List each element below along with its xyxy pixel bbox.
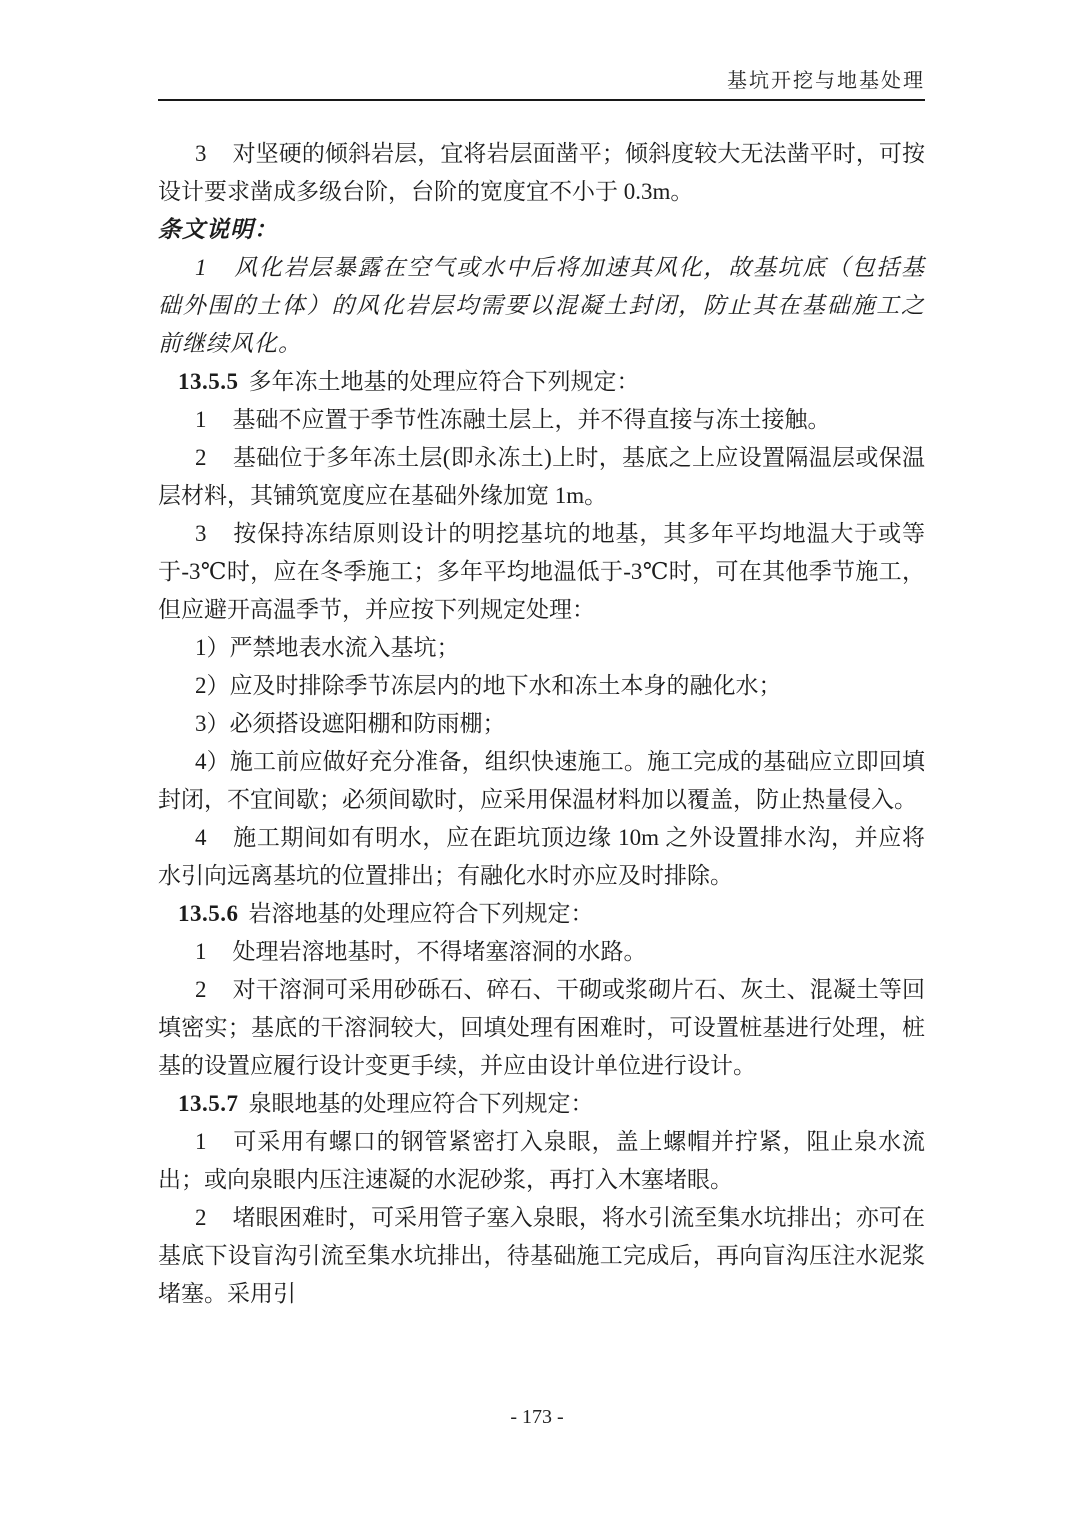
item-number: 1 <box>195 1129 207 1154</box>
sub-item-text: 4）施工前应做好充分准备，组织快速施工。施工完成的基础应立即回填封闭，不宜间歇；… <box>158 749 925 812</box>
section-title: 岩溶地基的处理应符合下列规定： <box>249 901 594 926</box>
item-text: 对坚硬的倾斜岩层，宜将岩层面凿平；倾斜度较大无法凿平时，可按设计要求凿成多级台阶… <box>158 141 925 204</box>
section-title: 多年冻土地基的处理应符合下列规定： <box>249 369 640 394</box>
item-number: 1 <box>195 255 208 280</box>
item-number: 2 <box>195 1205 207 1230</box>
section-number: 13.5.6 <box>178 901 239 926</box>
sub-item: 1）严禁地表水流入基坑； <box>158 629 925 667</box>
item-text: 处理岩溶地基时，不得堵塞溶洞的水路。 <box>233 939 647 964</box>
item-number: 2 <box>195 977 207 1002</box>
item-number: 2 <box>195 445 207 470</box>
item-text: 堵眼困难时，可采用管子塞入泉眼，将水引流至集水坑排出；亦可在基底下设盲沟引流至集… <box>158 1205 925 1306</box>
item-number: 3 <box>195 141 207 166</box>
item-number: 1 <box>195 939 207 964</box>
item-text: 基础不应置于季节性冻融土层上，并不得直接与冻土接触。 <box>233 407 831 432</box>
section-heading-13-5-6: 13.5.6岩溶地基的处理应符合下列规定： <box>158 895 925 933</box>
item-text: 按保持冻结原则设计的明挖基坑的地基，其多年平均地温大于或等于-3℃时，应在冬季施… <box>158 521 925 622</box>
section-number: 13.5.7 <box>178 1091 239 1116</box>
sub-item-text: 3）必须搭设遮阳棚和防雨棚； <box>195 711 506 736</box>
sub-item-text: 1）严禁地表水流入基坑； <box>195 635 460 660</box>
item-text: 可采用有螺口的钢管紧密打入泉眼，盖上螺帽并拧紧，阻止泉水流出；或向泉眼内压注速凝… <box>158 1129 925 1192</box>
page-footer: - 173 - <box>0 1404 1074 1430</box>
clause-item: 2堵眼困难时，可采用管子塞入泉眼，将水引流至集水坑排出；亦可在基底下设盲沟引流至… <box>158 1199 925 1313</box>
item-number: 1 <box>195 407 207 432</box>
section-heading-13-5-5: 13.5.5多年冻土地基的处理应符合下列规定： <box>158 363 925 401</box>
clause-item: 1可采用有螺口的钢管紧密打入泉眼，盖上螺帽并拧紧，阻止泉水流出；或向泉眼内压注速… <box>158 1123 925 1199</box>
section-number: 13.5.5 <box>178 369 239 394</box>
sub-item: 2）应及时排除季节冻层内的地下水和冻土本身的融化水； <box>158 667 925 705</box>
clause-item: 1处理岩溶地基时，不得堵塞溶洞的水路。 <box>158 933 925 971</box>
clause-item: 3对坚硬的倾斜岩层，宜将岩层面凿平；倾斜度较大无法凿平时，可按设计要求凿成多级台… <box>158 135 925 211</box>
item-number: 4 <box>195 825 207 850</box>
sub-item: 4）施工前应做好充分准备，组织快速施工。施工完成的基础应立即回填封闭，不宜间歇；… <box>158 743 925 819</box>
document-page: 基坑开挖与地基处理 3对坚硬的倾斜岩层，宜将岩层面凿平；倾斜度较大无法凿平时，可… <box>0 0 1074 1520</box>
page-header: 基坑开挖与地基处理 <box>158 0 925 101</box>
item-text: 对干溶洞可采用砂砾石、碎石、干砌或浆砌片石、灰土、混凝土等回填密实；基底的干溶洞… <box>158 977 925 1078</box>
clause-item: 2对干溶洞可采用砂砾石、碎石、干砌或浆砌片石、灰土、混凝土等回填密实；基底的干溶… <box>158 971 925 1085</box>
sub-item-text: 2）应及时排除季节冻层内的地下水和冻土本身的融化水； <box>195 673 782 698</box>
clause-item: 1基础不应置于季节性冻融土层上，并不得直接与冻土接触。 <box>158 401 925 439</box>
item-number: 3 <box>195 521 207 546</box>
commentary-item: 1风化岩层暴露在空气或水中后将加速其风化，故基坑底（包括基础外围的土体）的风化岩… <box>158 249 925 363</box>
section-heading-13-5-7: 13.5.7泉眼地基的处理应符合下列规定： <box>158 1085 925 1123</box>
clause-item: 4施工期间如有明水，应在距坑顶边缘 10m 之外设置排水沟，并应将水引向远离基坑… <box>158 819 925 895</box>
document-body: 3对坚硬的倾斜岩层，宜将岩层面凿平；倾斜度较大无法凿平时，可按设计要求凿成多级台… <box>158 135 925 1313</box>
item-text: 基础位于多年冻土层(即永冻土)上时，基底之上应设置隔温层或保温层材料，其铺筑宽度… <box>158 445 925 508</box>
sub-item: 3）必须搭设遮阳棚和防雨棚； <box>158 705 925 743</box>
commentary-heading: 条文说明： <box>158 211 925 249</box>
clause-item: 3按保持冻结原则设计的明挖基坑的地基，其多年平均地温大于或等于-3℃时，应在冬季… <box>158 515 925 629</box>
page-number: - 173 - <box>510 1406 563 1428</box>
item-text: 施工期间如有明水，应在距坑顶边缘 10m 之外设置排水沟，并应将水引向远离基坑的… <box>158 825 925 888</box>
clause-item: 2基础位于多年冻土层(即永冻土)上时，基底之上应设置隔温层或保温层材料，其铺筑宽… <box>158 439 925 515</box>
item-text: 风化岩层暴露在空气或水中后将加速其风化，故基坑底（包括基础外围的土体）的风化岩层… <box>158 255 925 356</box>
running-header-title: 基坑开挖与地基处理 <box>727 68 925 99</box>
section-title: 泉眼地基的处理应符合下列规定： <box>249 1091 594 1116</box>
